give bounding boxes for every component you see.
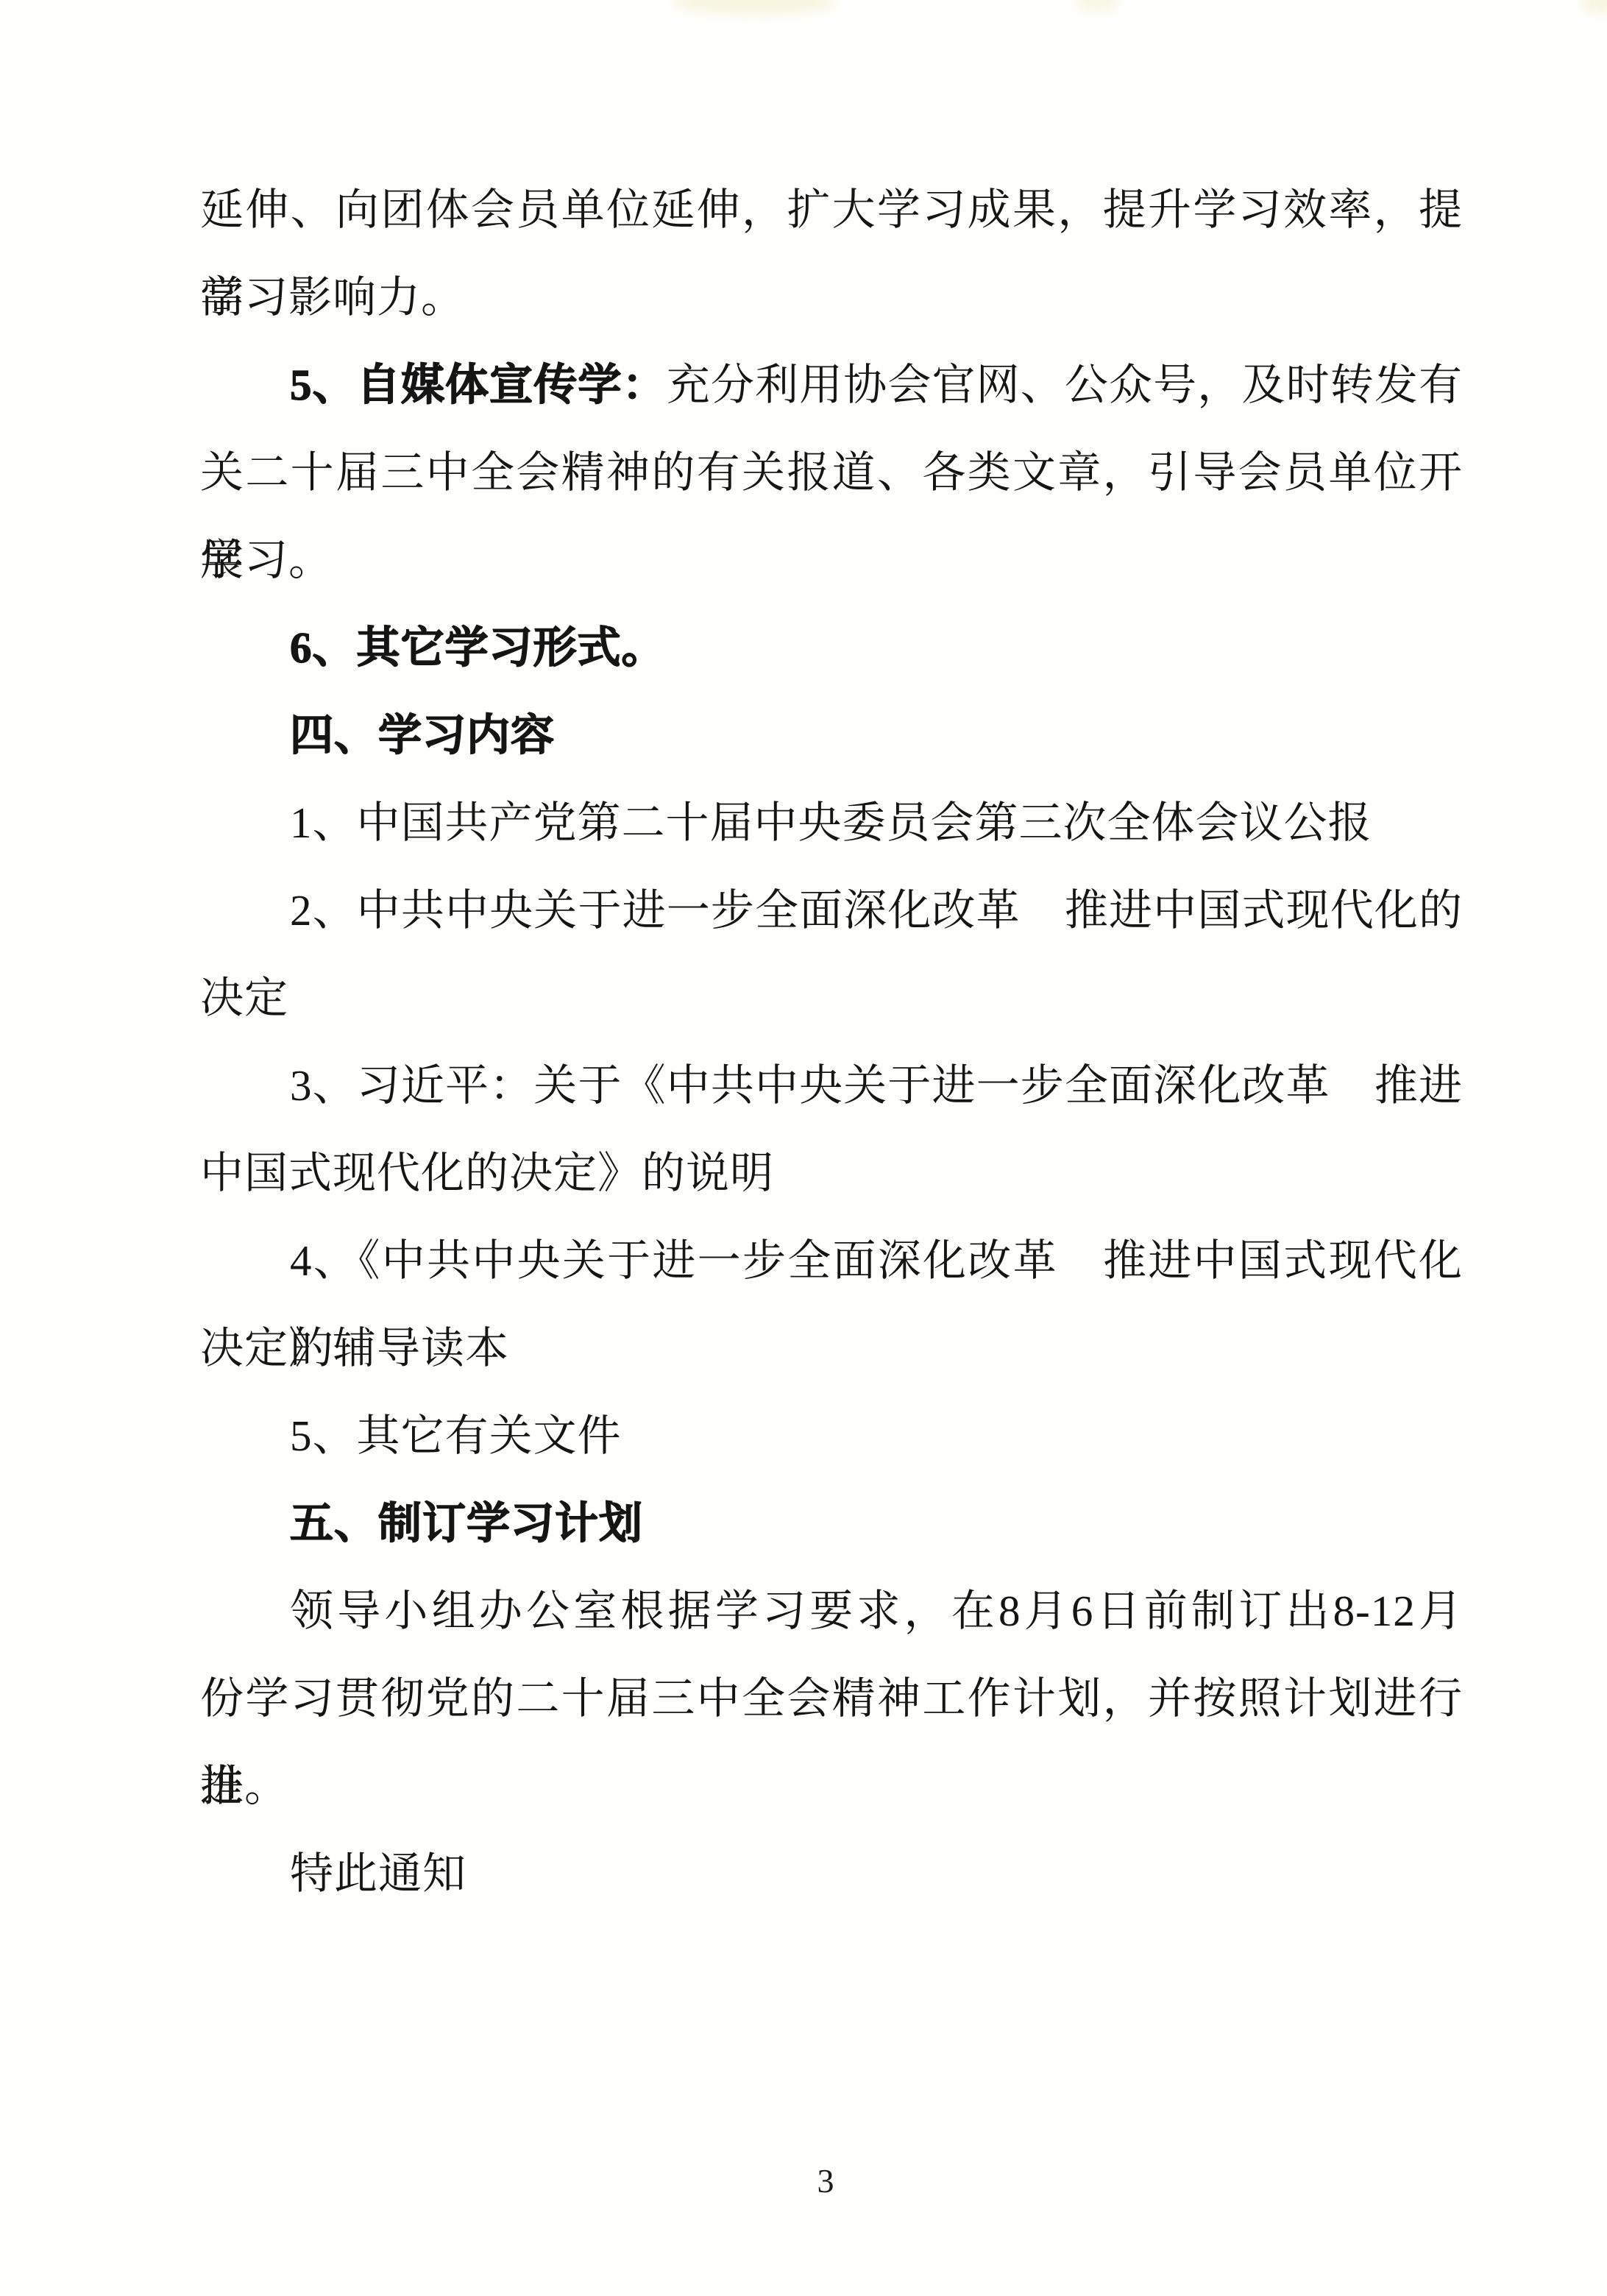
bold-text-segment: 5、自媒体宣传学： [290, 361, 667, 409]
text-line: 决定》辅导读本 [200, 1305, 1463, 1392]
bold-text-segment: 6、其它学习形式。 [290, 623, 666, 672]
text-segment: 中国式现代化的决定》的说明 [200, 1149, 774, 1197]
text-line: 5、其它有关文件 [200, 1392, 1463, 1480]
text-segment: 学习影响力。 [200, 273, 465, 322]
text-segment: 1、中国共产党第二十届中央委员会第三次全体会议公报 [290, 798, 1372, 847]
text-line: 延伸、向团体会员单位延伸，扩大学习成果，提升学习效率，提高 [200, 166, 1463, 254]
text-line: 5、自媒体宣传学：充分利用协会官网、公众号，及时转发有 [200, 341, 1463, 429]
text-segment: 决定 [200, 974, 288, 1022]
scan-artifact [1582, 0, 1607, 13]
scan-artifact [1076, 0, 1120, 12]
text-line: 中国式现代化的决定》的说明 [200, 1130, 1463, 1217]
text-segment: 3、习近平：关于《中共中央关于进一步全面深化改革 推进 [290, 1061, 1463, 1110]
text-line: 五、制订学习计划 [200, 1480, 1463, 1567]
text-line: 关二十届三中全会精神的有关报道、各类文章，引导会员单位开展 [200, 429, 1463, 517]
page-number: 3 [22, 2159, 1607, 2203]
text-line: 3、习近平：关于《中共中央关于进一步全面深化改革 推进 [200, 1042, 1463, 1130]
text-line: 份学习贯彻党的二十届三中全会精神工作计划，并按照计划进行推 [200, 1655, 1463, 1743]
scan-artifact [673, 0, 835, 15]
text-segment: 2、中共中央关于进一步全面深化改革 推进中国式现代化的 [290, 886, 1463, 935]
text-segment: 决定》辅导读本 [200, 1324, 509, 1372]
text-segment: 领导小组办公室根据学习要求，在8月6日前制订出8-12月 [290, 1587, 1463, 1635]
text-line: 特此通知 [200, 1830, 1463, 1918]
text-segment: 充分利用协会官网、公众号，及时转发有 [667, 361, 1463, 409]
bold-text-segment: 五、制订学习计划 [290, 1499, 643, 1548]
text-segment: 学习。 [200, 536, 333, 584]
scanned-document-page: 延伸、向团体会员单位延伸，扩大学习成果，提升学习效率，提高学习影响力。5、自媒体… [0, 0, 1607, 2296]
text-line: 四、学习内容 [200, 692, 1463, 779]
text-line: 1、中国共产党第二十届中央委员会第三次全体会议公报 [200, 779, 1463, 867]
text-segment: 5、其它有关文件 [290, 1411, 622, 1460]
text-line: 决定 [200, 954, 1463, 1042]
text-segment: 进。 [200, 1762, 288, 1810]
text-line: 领导小组办公室根据学习要求，在8月6日前制订出8-12月 [200, 1567, 1463, 1655]
bold-text-segment: 四、学习内容 [290, 711, 555, 759]
text-line: 6、其它学习形式。 [200, 604, 1463, 692]
text-segment: 特此通知 [290, 1849, 467, 1898]
text-line: 4、《中共中央关于进一步全面深化改革 推进中国式现代化的 [200, 1217, 1463, 1305]
document-body: 延伸、向团体会员单位延伸，扩大学习成果，提升学习效率，提高学习影响力。5、自媒体… [200, 166, 1463, 1918]
text-line: 学习影响力。 [200, 254, 1463, 341]
text-line: 进。 [200, 1743, 1463, 1830]
text-line: 2、中共中央关于进一步全面深化改革 推进中国式现代化的 [200, 867, 1463, 954]
text-line: 学习。 [200, 517, 1463, 604]
